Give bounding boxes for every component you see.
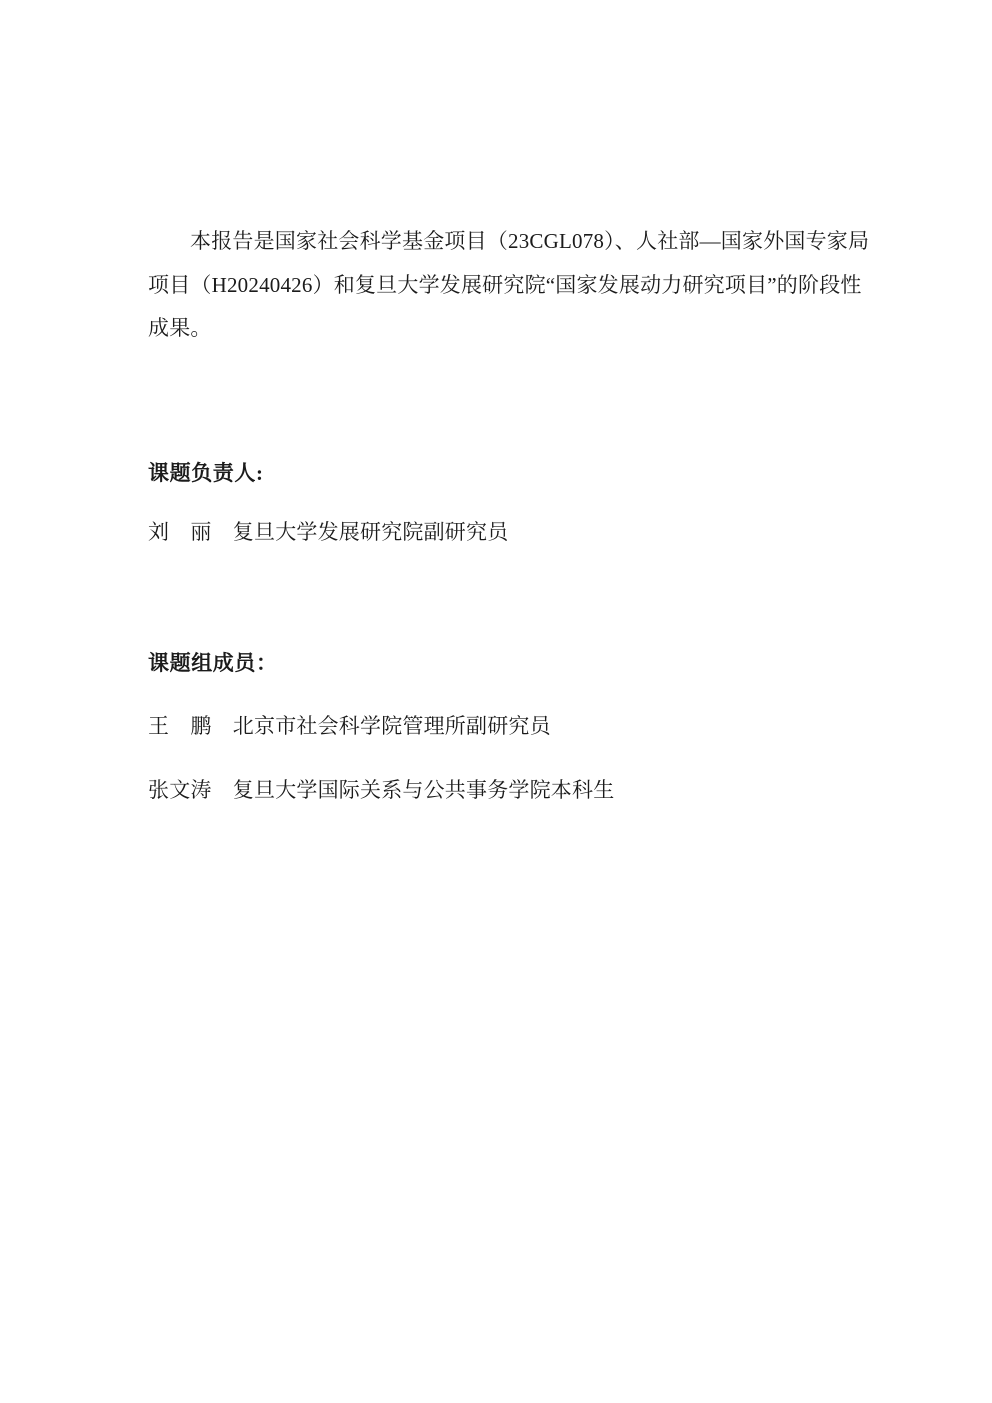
team-member-line: 张文涛 复旦大学国际关系与公共事务学院本科生 <box>148 780 614 801</box>
intro-paragraph-line-3: 成果。 <box>148 318 212 339</box>
team-section-heading: 课题组成员： <box>148 653 278 674</box>
intro-paragraph-line-2: 项目（H20240426）和复旦大学发展研究院“国家发展动力研究项目”的阶段性 <box>148 275 862 296</box>
intro-paragraph-line-1: 本报告是国家社会科学基金项目（23CGL078）、人社部—国家外国专家局 <box>190 231 869 252</box>
leader-member-line: 刘 丽 复旦大学发展研究院副研究员 <box>148 522 508 543</box>
team-member-line: 王 鹏 北京市社会科学院管理所副研究员 <box>148 716 551 737</box>
leader-section-heading: 课题负责人: <box>148 463 264 484</box>
document-page: 本报告是国家社会科学基金项目（23CGL078）、人社部—国家外国专家局 项目（… <box>0 0 992 1403</box>
